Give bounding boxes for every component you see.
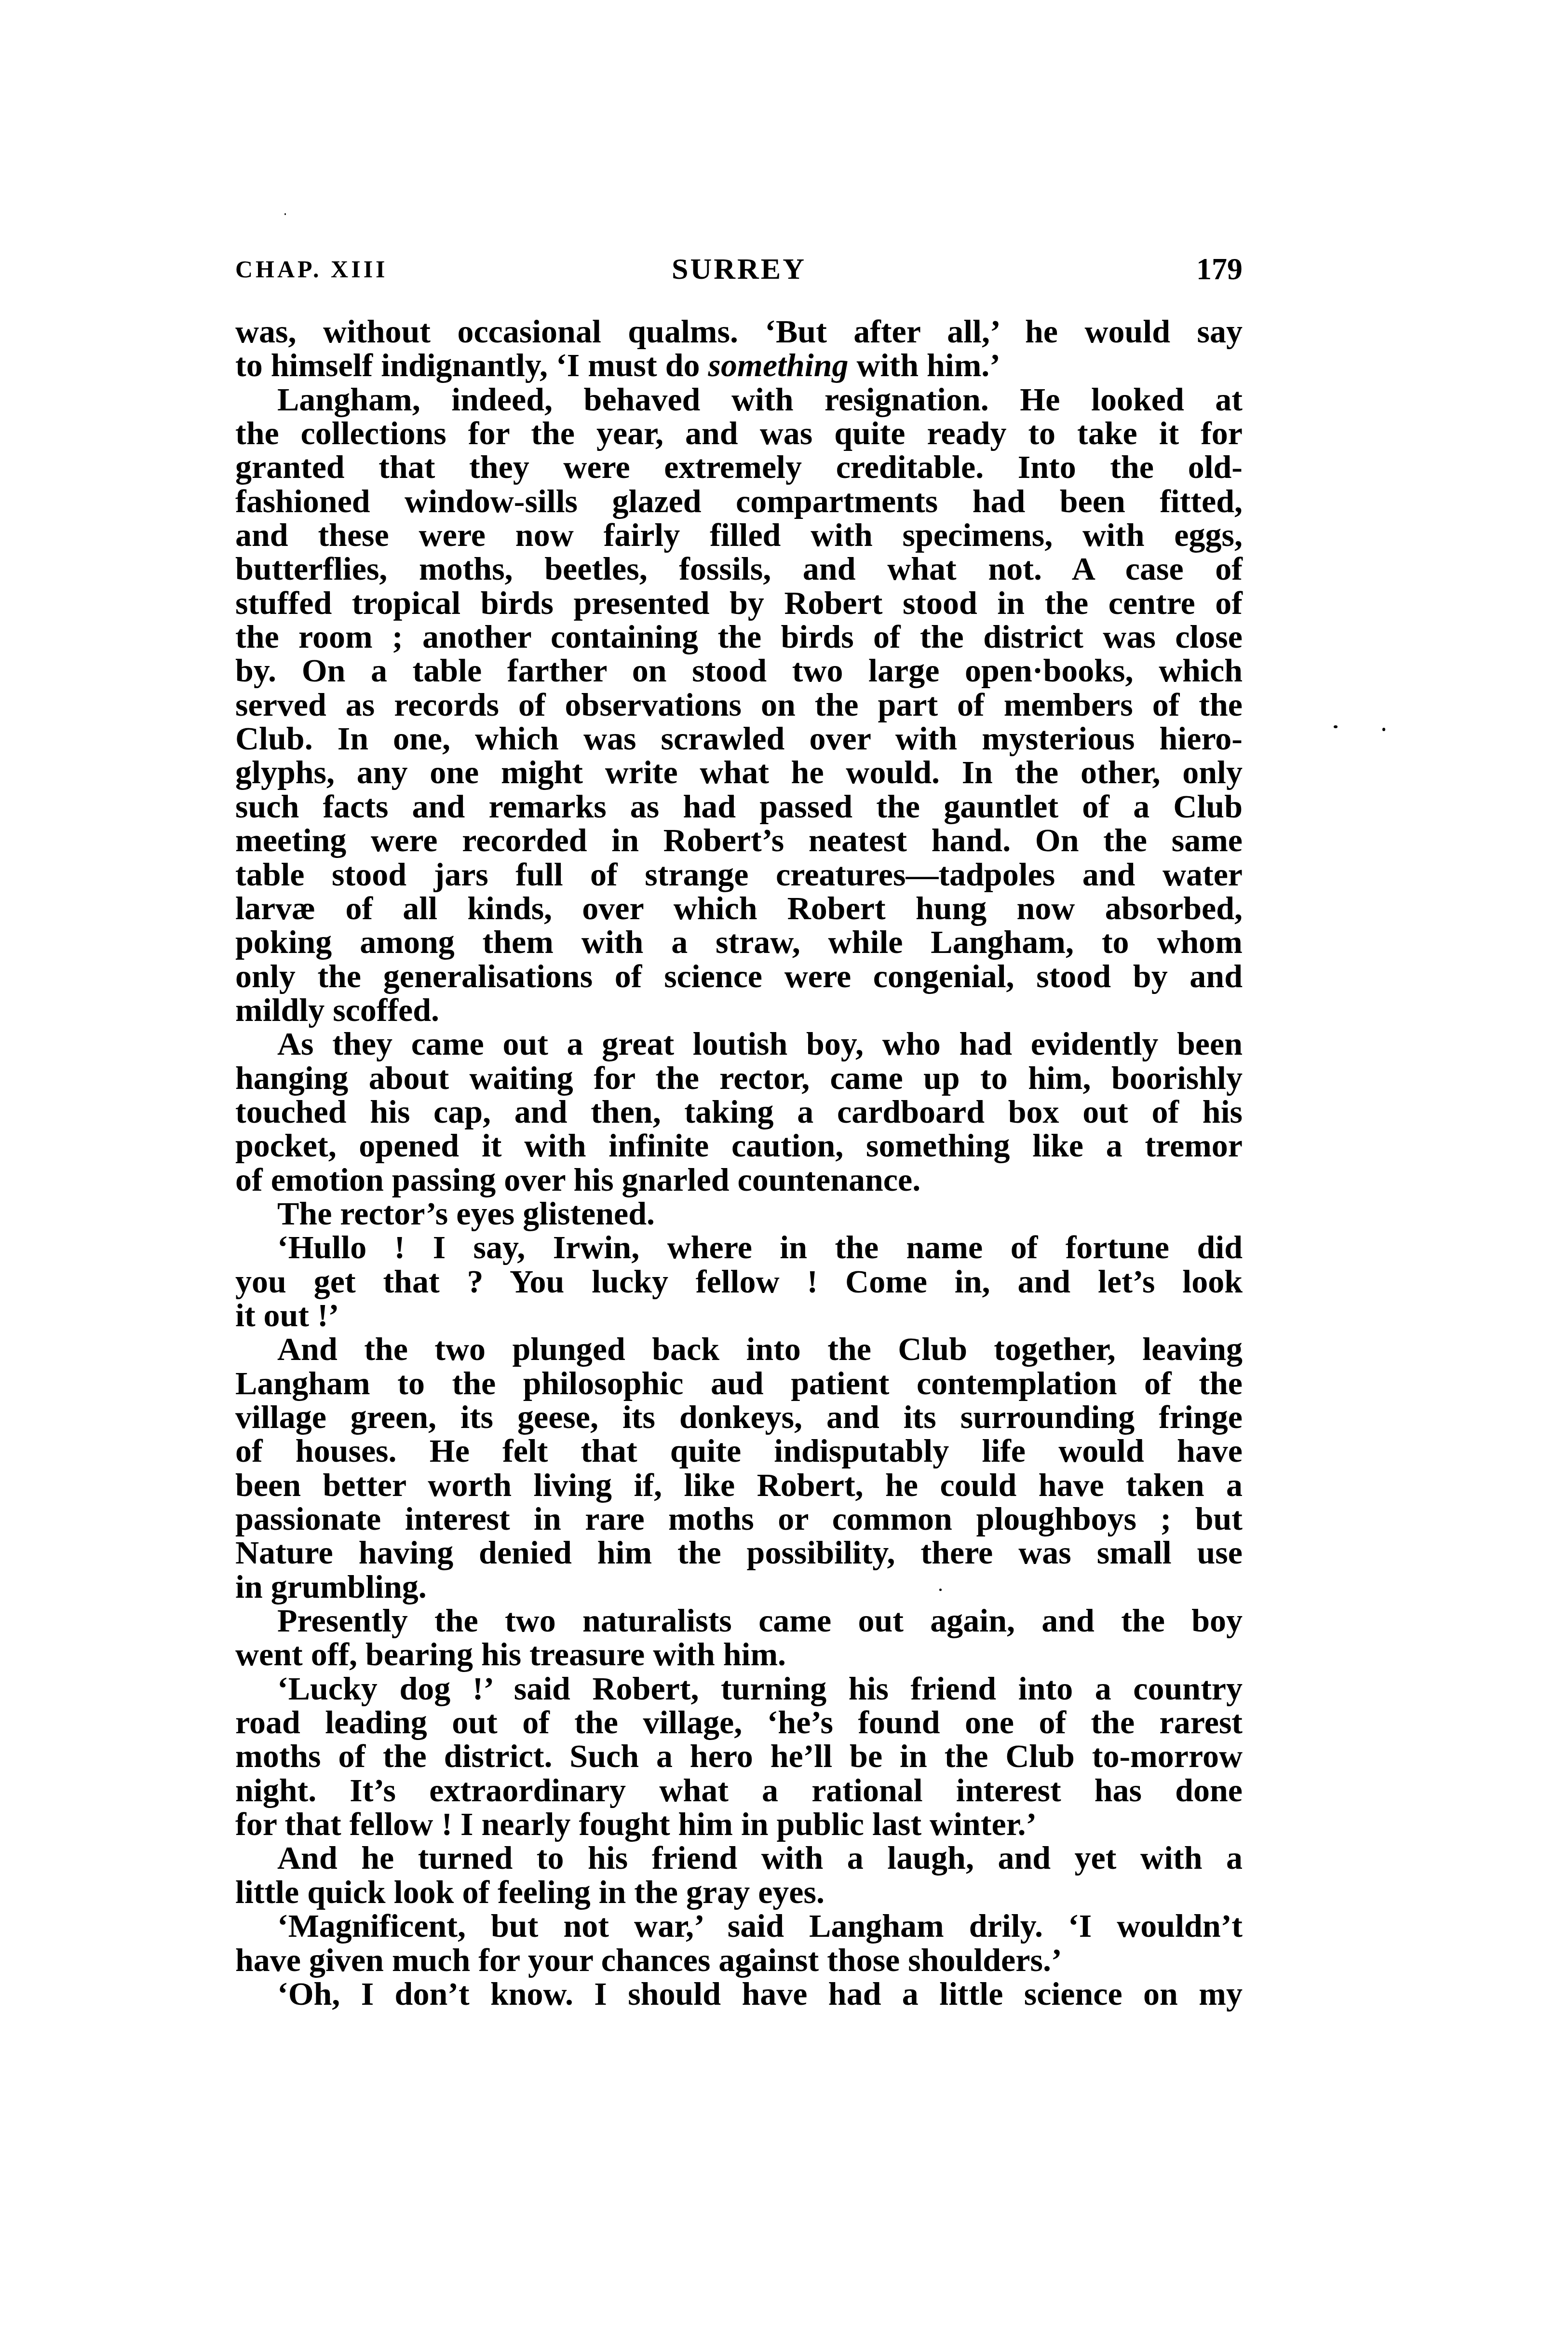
text-line: you get that ? You lucky fellow ! Come i…: [235, 1264, 1243, 1298]
text-line: road leading out of the village, ‘he’s f…: [235, 1705, 1243, 1739]
text-line: of houses. He felt that quite indisputab…: [235, 1434, 1243, 1468]
body-text: was, without occasional qualms. ‘But aft…: [235, 314, 1243, 2011]
text-line: stuffed tropical birds presented by Robe…: [235, 586, 1243, 620]
text-line: moths of the district. Such a hero he’ll…: [235, 1739, 1243, 1773]
text-line: And the two plunged back into the Club t…: [235, 1332, 1243, 1366]
text-line: glyphs, any one might write what he woul…: [235, 755, 1243, 789]
text-line: larvæ of all kinds, over which Robert hu…: [235, 891, 1243, 925]
text-line: and these were now fairly filled with sp…: [235, 518, 1243, 552]
text-line: have given much for your chances against…: [235, 1943, 1243, 1977]
text-line: Presently the two naturalists came out a…: [235, 1604, 1243, 1637]
text-line: fashioned window-sills glazed compartmen…: [235, 484, 1243, 518]
scan-speck: [1382, 728, 1385, 731]
scan-speck: [1334, 725, 1338, 728]
text-line: by. On a table farther on stood two larg…: [235, 653, 1243, 687]
page-number: 179: [1196, 254, 1243, 285]
text-line: was, without occasional qualms. ‘But aft…: [235, 314, 1243, 348]
text-line: only the generalisations of science were…: [235, 959, 1243, 993]
text-line: ‘Lucky dog !’ said Robert, turning his f…: [235, 1672, 1243, 1705]
text-segment: to himself indignantly, ‘I must do: [235, 347, 708, 383]
text-line: to himself indignantly, ‘I must do somet…: [235, 348, 1243, 382]
scan-speck: [939, 1589, 942, 1591]
text-line: went off, bearing his treasure with him.: [235, 1637, 1243, 1671]
text-line: Langham, indeed, behaved with resignatio…: [235, 382, 1243, 416]
text-line: it out !’: [235, 1298, 1243, 1332]
text-line: granted that they were extremely credita…: [235, 450, 1243, 484]
text-line: served as records of observations on the…: [235, 688, 1243, 721]
text-line: The rector’s eyes glistened.: [235, 1196, 1243, 1230]
text-line: poking among them with a straw, while La…: [235, 925, 1243, 959]
text-line: hanging about waiting for the rector, ca…: [235, 1061, 1243, 1095]
text-line: table stood jars full of strange creatur…: [235, 857, 1243, 891]
text-line: such facts and remarks as had passed the…: [235, 789, 1243, 823]
text-line: Nature having denied him the possibility…: [235, 1536, 1243, 1569]
text-line: As they came out a great loutish boy, wh…: [235, 1027, 1243, 1060]
text-line: pocket, opened it with infinite caution,…: [235, 1128, 1243, 1162]
text-line: Club. In one, which was scrawled over wi…: [235, 721, 1243, 755]
text-line: the collections for the year, and was qu…: [235, 416, 1243, 450]
text-line: mildly scoffed.: [235, 993, 1243, 1027]
book-page: CHAP. XIII SURREY 179 was, without occas…: [0, 0, 1568, 2352]
text-line: ‘Hullo ! I say, Irwin, where in the name…: [235, 1230, 1243, 1264]
text-line: passionate interest in rare moths or com…: [235, 1502, 1243, 1536]
running-title: SURREY: [235, 254, 1243, 285]
text-line: And he turned to his friend with a laugh…: [235, 1841, 1243, 1875]
text-line: village green, its geese, its donkeys, a…: [235, 1400, 1243, 1434]
text-line: touched his cap, and then, taking a card…: [235, 1095, 1243, 1128]
running-head: CHAP. XIII SURREY 179: [235, 254, 1243, 285]
text-line: meeting were recorded in Robert’s neates…: [235, 823, 1243, 857]
italic-word: something: [708, 347, 849, 383]
scan-speck: [284, 213, 286, 215]
text-line: for that fellow ! I nearly fought him in…: [235, 1807, 1243, 1841]
text-line: the room ; another containing the birds …: [235, 620, 1243, 653]
text-line: in grumbling.: [235, 1570, 1243, 1604]
text-line: of emotion passing over his gnarled coun…: [235, 1163, 1243, 1196]
text-line: night. It’s extraordinary what a rationa…: [235, 1773, 1243, 1807]
text-line: ‘Oh, I don’t know. I should have had a l…: [235, 1977, 1243, 2011]
text-line: butterflies, moths, beetles, fossils, an…: [235, 552, 1243, 585]
text-line: ‘Magnificent, but not war,’ said Langham…: [235, 1909, 1243, 1943]
text-line: little quick look of feeling in the gray…: [235, 1875, 1243, 1909]
text-line: been better worth living if, like Robert…: [235, 1468, 1243, 1502]
text-segment: with him.’: [849, 347, 1000, 383]
text-line: Langham to the philosophic aud patient c…: [235, 1366, 1243, 1400]
